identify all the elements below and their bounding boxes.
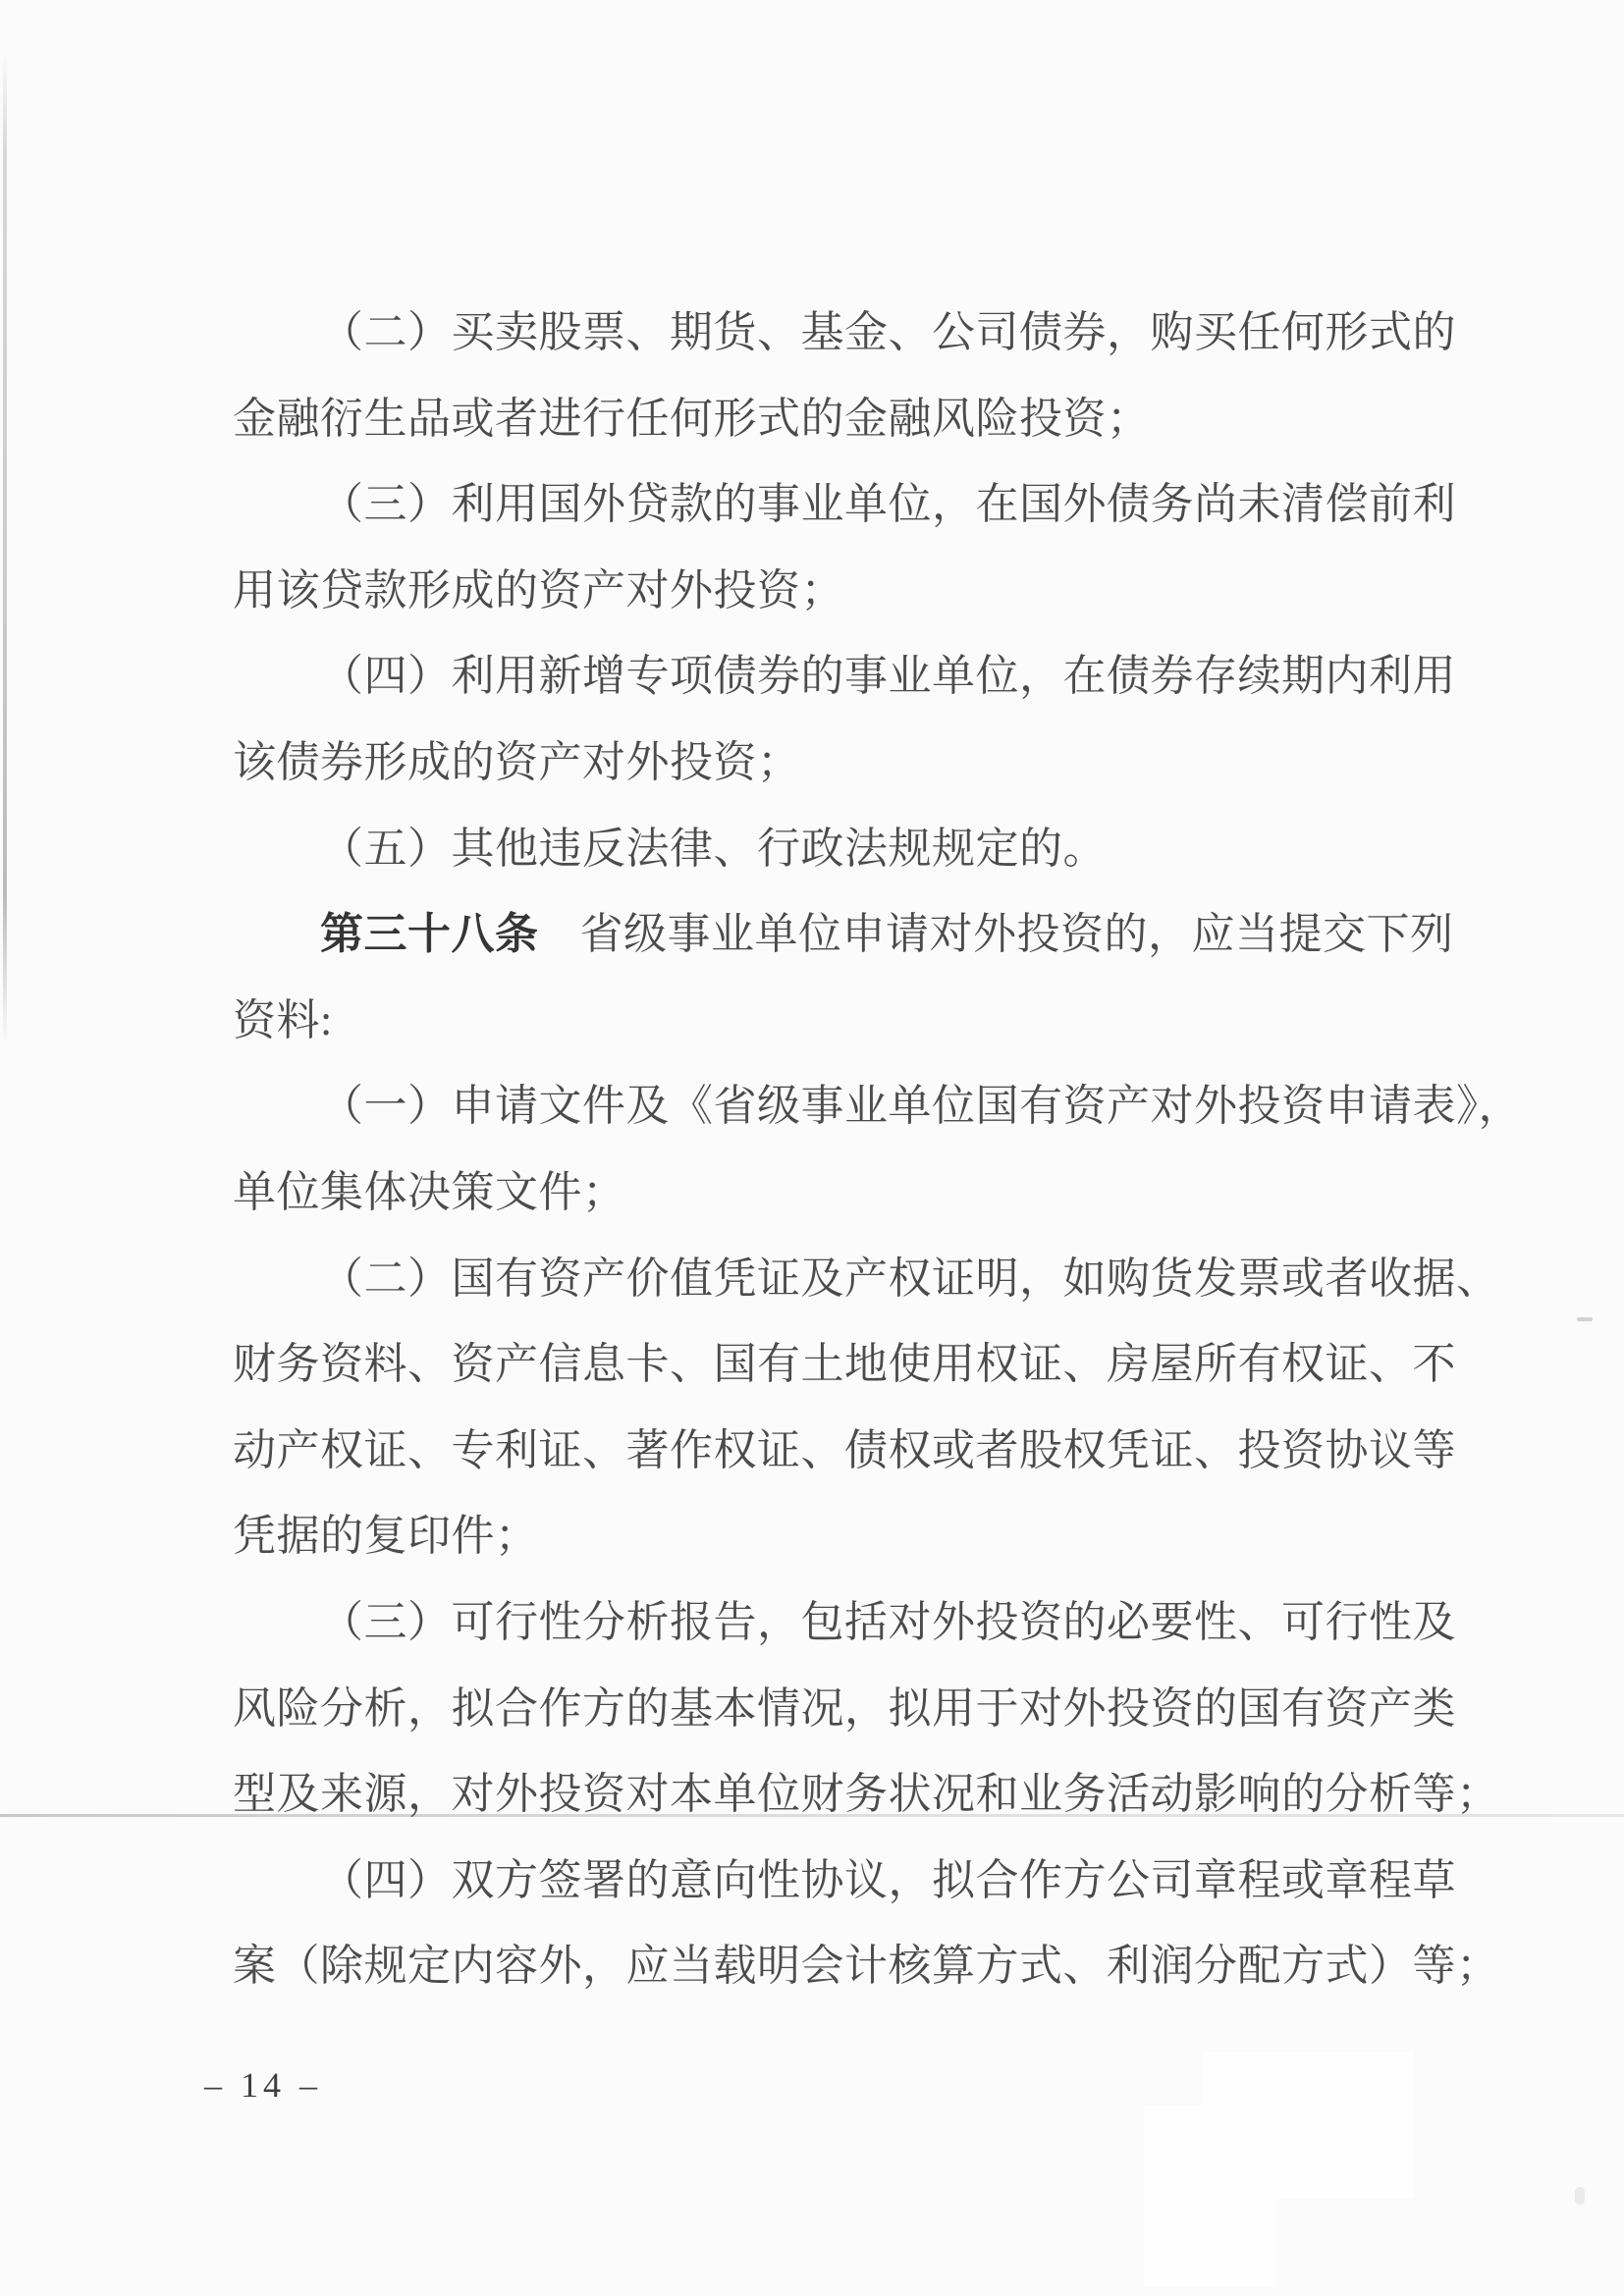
text-line: 凭据的复印件； (233, 1493, 1470, 1579)
text-line: （五）其他违反法律、行政法规规定的。 (233, 806, 1470, 892)
text-line: （二）国有资产价值凭证及产权证明，如购货发票或者收据、 (233, 1236, 1470, 1322)
text-line: 用该贷款形成的资产对外投资； (233, 548, 1470, 634)
paper-brightness-patch (1144, 2106, 1276, 2287)
text-line: （三）可行性分析报告，包括对外投资的必要性、可行性及 (233, 1579, 1470, 1666)
scan-artifact-vertical-line (3, 54, 7, 1045)
text-line: （一）申请文件及《省级事业单位国有资产对外投资申请表》， (233, 1063, 1470, 1149)
article-number: 第三十八条 (320, 910, 539, 958)
document-body: （二）买卖股票、期货、基金、公司债券，购买任何形式的金融衍生品或者进行任何形式的… (233, 290, 1470, 2009)
text-line: 财务资料、资产信息卡、国有土地使用权证、房屋所有权证、不 (233, 1321, 1470, 1408)
text-line: 案（除规定内容外，应当载明会计核算方式、利润分配方式）等； (233, 1923, 1470, 2009)
text-line: （四）利用新增专项债券的事业单位，在债券存续期内利用 (233, 633, 1470, 720)
text-line: 该债券形成的资产对外投资； (233, 720, 1470, 806)
text-line: 动产权证、专利证、著作权证、债权或者股权凭证、投资协议等 (233, 1408, 1470, 1494)
text-line: 风险分析，拟合作方的基本情况，拟用于对外投资的国有资产类 (233, 1666, 1470, 1752)
text-line: 第三十八条省级事业单位申请对外投资的，应当提交下列 (233, 891, 1470, 978)
text-line: 型及来源，对外投资对本单位财务状况和业务活动影响的分析等； (233, 1751, 1470, 1838)
text-line: 金融衍生品或者进行任何形式的金融风险投资； (233, 376, 1470, 462)
text-line: 资料: (233, 978, 1470, 1064)
text-line: （二）买卖股票、期货、基金、公司债券，购买任何形式的 (233, 290, 1470, 376)
text-line: （三）利用国外贷款的事业单位，在国外债务尚未清偿前利 (233, 461, 1470, 548)
page: （二）买卖股票、期货、基金、公司债券，购买任何形式的金融衍生品或者进行任何形式的… (0, 0, 1624, 2296)
page-number: – 14 – (204, 2064, 322, 2106)
text-line: 单位集体决策文件； (233, 1149, 1470, 1236)
scan-artifact-smudge (1575, 2187, 1585, 2205)
line-text: 省级事业单位申请对外投资的，应当提交下列 (580, 910, 1454, 958)
text-line: （四）双方签署的意向性协议，拟合作方公司章程或章程草 (233, 1838, 1470, 1924)
scan-artifact-dash (1577, 1317, 1593, 1321)
